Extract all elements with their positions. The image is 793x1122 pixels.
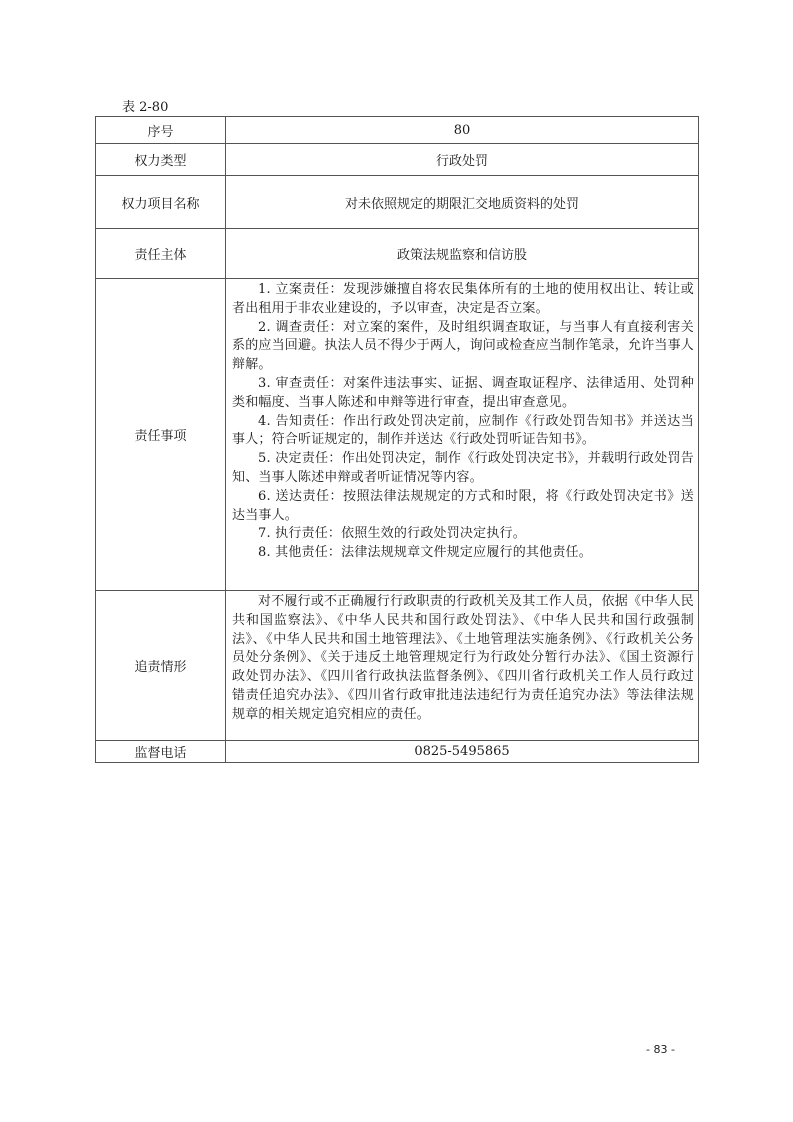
duty-item: 3. 审查责任：对案件违法事实、证据、调查取证程序、法律适用、处罚种类和幅度、当…: [232, 375, 694, 413]
duty-item: 5. 决定责任：作出处罚决定，制作《行政处罚决定书》，并载明行政处罚告知、当事人…: [232, 450, 694, 488]
duty-item: 7. 执行责任：依照生效的行政处罚决定执行。: [232, 525, 694, 544]
duty-item: 4. 告知责任：作出行政处罚决定前，应制作《行政处罚告知书》并送达当事人；符合听…: [232, 413, 694, 451]
power-type-value: 行政处罚: [226, 144, 699, 176]
duties-label: 责任事项: [96, 279, 226, 591]
accountability-label: 追责情形: [96, 591, 226, 741]
subject-label: 责任主体: [96, 229, 226, 279]
table-row-serial: 序号 80: [96, 117, 699, 144]
duty-item: 6. 送达责任：按照法律法规规定的方式和时限，将《行政处罚决定书》送达当事人。: [232, 488, 694, 526]
duty-item: 2. 调查责任：对立案的案件，及时组织调查取证，与当事人有直接利害关系的应当回避…: [232, 319, 694, 375]
duties-content: 1. 立案责任：发现涉嫌擅自将农民集体所有的土地的使用权出让、转让或者出租用于非…: [226, 279, 699, 591]
table-row-item-name: 权力项目名称 对未依照规定的期限汇交地质资料的处罚: [96, 176, 699, 229]
table-caption: 表 2-80: [122, 100, 168, 116]
item-name-value: 对未依照规定的期限汇交地质资料的处罚: [226, 176, 699, 229]
power-type-label: 权力类型: [96, 144, 226, 176]
phone-label: 监督电话: [96, 741, 226, 763]
serial-label: 序号: [96, 117, 226, 144]
duty-item: 8. 其他责任：法律法规规章文件规定应履行的其他责任。: [232, 544, 694, 563]
duty-item: 1. 立案责任：发现涉嫌擅自将农民集体所有的土地的使用权出让、转让或者出租用于非…: [232, 281, 694, 319]
phone-value: 0825-5495865: [226, 741, 699, 763]
table-row-subject: 责任主体 政策法规监察和信访股: [96, 229, 699, 279]
item-name-label: 权力项目名称: [96, 176, 226, 229]
power-item-table: 序号 80 权力类型 行政处罚 权力项目名称 对未依照规定的期限汇交地质资料的处…: [95, 116, 699, 763]
table-row-power-type: 权力类型 行政处罚: [96, 144, 699, 176]
table-row-accountability: 追责情形 对不履行或不正确履行行政职责的行政机关及其工作人员，依据《中华人民共和…: [96, 591, 699, 741]
accountability-text: 对不履行或不正确履行行政职责的行政机关及其工作人员，依据《中华人民共和国监察法》…: [232, 593, 694, 725]
table-row-phone: 监督电话 0825-5495865: [96, 741, 699, 763]
serial-value: 80: [226, 117, 699, 144]
accountability-content: 对不履行或不正确履行行政职责的行政机关及其工作人员，依据《中华人民共和国监察法》…: [226, 591, 699, 741]
subject-value: 政策法规监察和信访股: [226, 229, 699, 279]
table-row-duties: 责任事项 1. 立案责任：发现涉嫌擅自将农民集体所有的土地的使用权出让、转让或者…: [96, 279, 699, 591]
page-number: - 83 -: [646, 1043, 675, 1056]
